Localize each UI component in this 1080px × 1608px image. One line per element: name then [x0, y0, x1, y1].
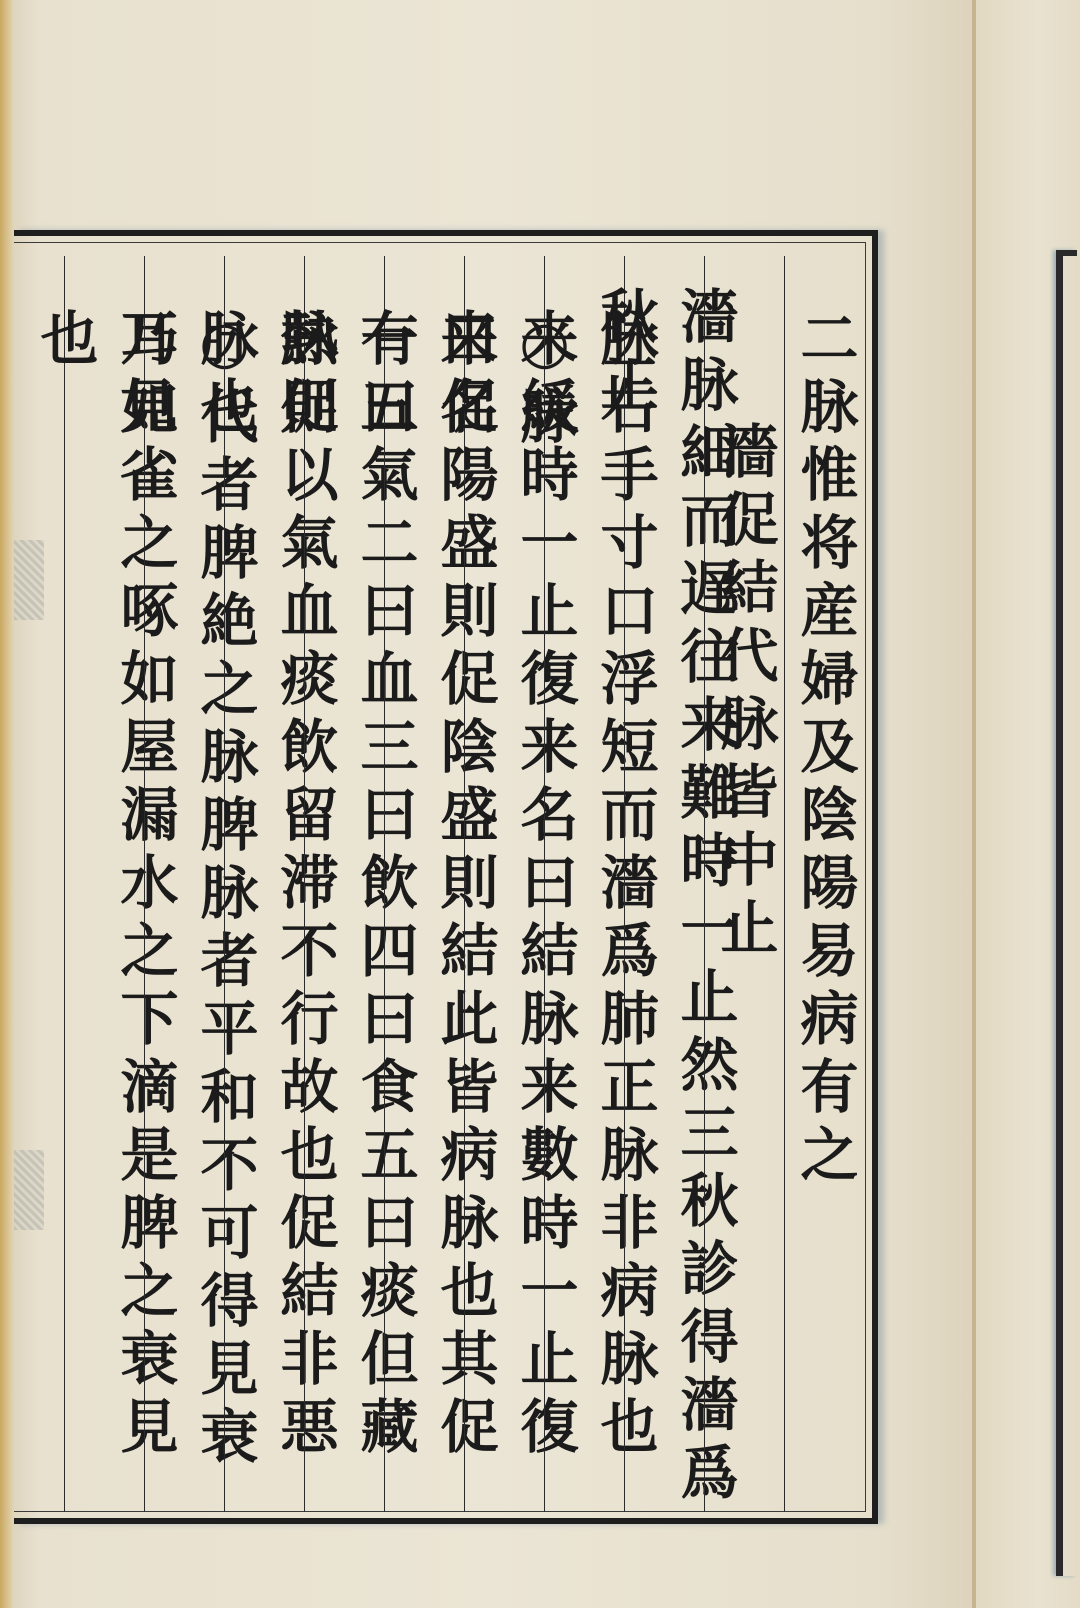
- book-page: 二脉惟将産婦及陰陽易病有之 濇促結代脉皆中止 濇脉細而遅往来難時一止然三秋診得濇…: [0, 0, 975, 1608]
- text-column-1: 二脉惟将産婦及陰陽易病有之: [784, 256, 864, 1512]
- adjacent-page: [976, 0, 1080, 1608]
- adjacent-frame-border: [1056, 250, 1077, 1576]
- page-edge: [0, 0, 14, 1608]
- column-heading: 濇促結代脉皆中止: [705, 256, 785, 1512]
- text-frame: 二脉惟将産婦及陰陽易病有之 濇促結代脉皆中止 濇脉細而遅往来難時一止然三秋診得濇…: [14, 230, 878, 1524]
- text-column-2: 濇促結代脉皆中止: [704, 256, 784, 1512]
- column-text: 二脉惟将産婦及陰陽易病有之: [785, 256, 865, 1512]
- text-column-3: 濇脉細而遅往来難時一止然三秋診得濇爲秋正: [624, 256, 704, 1512]
- text-columns: 二脉惟将産婦及陰陽易病有之 濇促結代脉皆中止 濇脉細而遅往来難時一止然三秋診得濇…: [46, 256, 864, 1512]
